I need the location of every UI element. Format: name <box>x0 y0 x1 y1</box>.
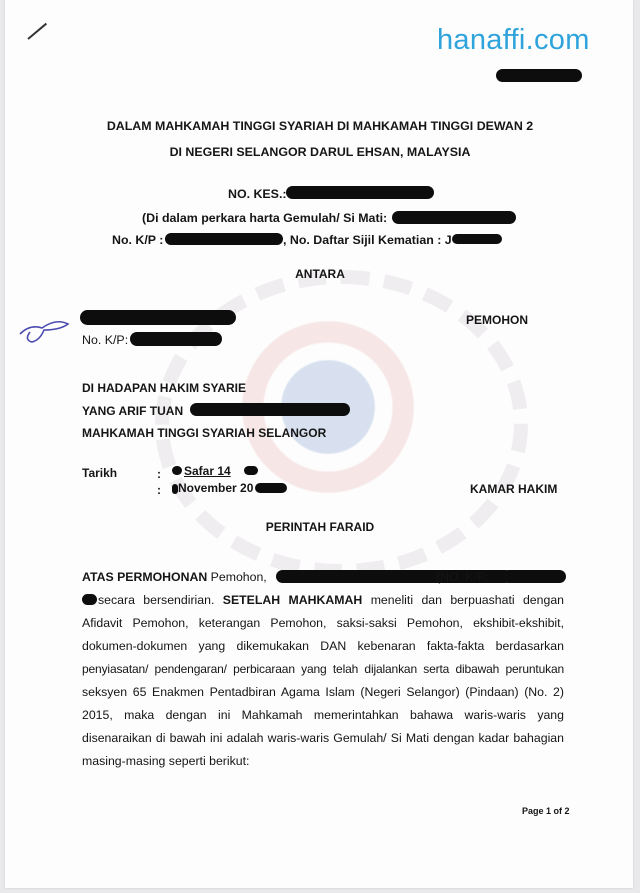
deceased-name-redaction <box>392 211 516 224</box>
body-line-2: secara bersendirian. SETELAH MAHKAMAH me… <box>82 589 564 612</box>
judge-line-3: MAHKAMAH TINGGI SYARIAH SELANGOR <box>82 426 326 440</box>
redaction <box>496 69 582 82</box>
body-bold-2: SETELAH MAHKAMAH <box>223 593 363 607</box>
hijri-year-redaction <box>244 466 258 475</box>
location-label: KAMAR HAKIM <box>470 482 557 496</box>
judge-line-2: YANG ARIF TUAN <box>82 404 183 418</box>
body-line-3: Afidavit Pemohon, keterangan Pemohon, sa… <box>82 612 564 635</box>
body-text-1: Pemohon, <box>207 570 266 584</box>
body-line-6: seksyen 65 Enakmen Pentadbiran Agama Isl… <box>82 681 564 704</box>
case-no-label: NO. KES.: <box>228 187 287 201</box>
applicant-role: PEMOHON <box>466 313 528 327</box>
date-label: Tarikh <box>82 466 117 480</box>
kp-label: No. K/P : <box>112 233 163 247</box>
body-bold-1: ATAS PERMOHONAN <box>82 570 207 584</box>
judge-line-1: DI HADAPAN HAKIM SYARIE <box>82 381 246 395</box>
applicant-name-redaction <box>80 310 236 325</box>
court-line-2: DI NEGERI SELANGOR DARUL EHSAN, MALAYSIA <box>0 145 640 159</box>
death-cert-redaction <box>452 234 502 244</box>
gregorian-date: November 20 <box>178 481 253 495</box>
order-body: ATAS PERMOHONAN Pemohon, (NO. K/P: secar… <box>82 566 564 773</box>
body-text-2b: meneliti dan berpuashati dengan <box>362 593 564 607</box>
hijri-day-redaction <box>172 466 182 475</box>
kp-tail-redaction <box>82 594 97 605</box>
body-kp-label: (NO. K/P: <box>436 566 489 589</box>
body-line-7: 2015, maka dengan ini Mahkamah memerinta… <box>82 704 564 727</box>
applicant-kp-label: No. K/P: <box>82 333 128 347</box>
between-label: ANTARA <box>0 267 640 281</box>
hijri-date: Safar 14 <box>184 464 231 478</box>
body-line-9: masing-masing seperti berikut: <box>82 750 564 773</box>
date-colon-2: : <box>157 483 161 497</box>
order-title: PERINTAH FARAID <box>0 520 640 534</box>
death-cert-label: , No. Daftar Sijil Kematian : J <box>283 233 452 247</box>
case-no-redaction <box>286 186 434 199</box>
court-line-1: DALAM MAHKAMAH TINGGI SYARIAH DI MAHKAMA… <box>0 119 640 133</box>
body-line-5: penyiasatan/ pendengaran/ perbicaraan ya… <box>82 658 564 681</box>
body-line-4: dokumen-dokumen yang dikemukakan DAN keb… <box>82 635 564 658</box>
body-text-2a: secara bersendirian. <box>98 593 223 607</box>
judge-name-redaction <box>190 403 350 416</box>
page-number: Page 1 of 2 <box>522 806 570 816</box>
matter-label: (Di dalam perkara harta Gemulah/ Si Mati… <box>142 211 387 225</box>
applicant-kp-redaction <box>130 332 222 346</box>
greg-year-redaction <box>255 483 287 493</box>
site-watermark: hanaffi.com <box>437 24 590 57</box>
body-line-8: disenaraikan di bawah ini adalah waris-w… <box>82 727 564 750</box>
pen-scribble-icon <box>16 314 70 344</box>
kp-redaction <box>165 233 283 245</box>
body-line-1: ATAS PERMOHONAN Pemohon, (NO. K/P: <box>82 566 564 589</box>
date-colon-1: : <box>157 467 161 481</box>
applicant-kp-redaction-2 <box>502 570 566 583</box>
